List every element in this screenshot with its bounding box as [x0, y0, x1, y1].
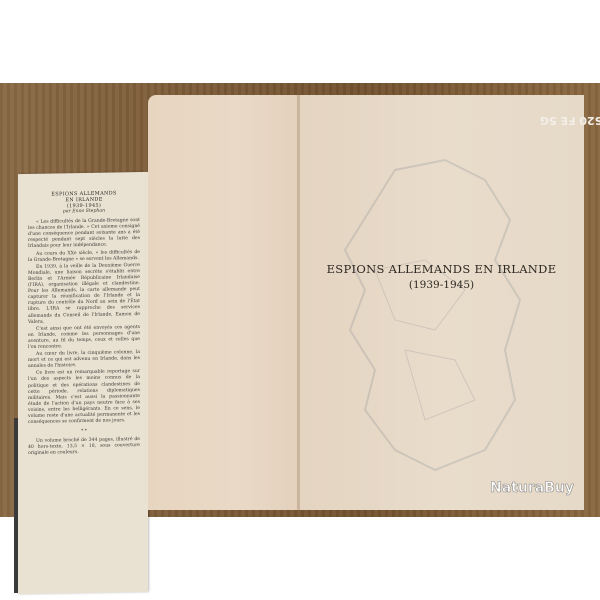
ireland-map-art	[335, 150, 535, 480]
flap-footer: Un volume broché de 344 pages, illustré …	[28, 437, 140, 457]
left-page-blank	[148, 95, 298, 510]
naturabuy-watermark: NaturaBuy	[490, 480, 574, 496]
flap-byline: par Enno Stephan	[28, 208, 140, 216]
book-gutter	[297, 95, 300, 510]
flap-paragraph: « Les difficultés de la Grande-Bretagne …	[28, 218, 140, 250]
book-dates: (1939-1945)	[299, 279, 584, 291]
camera-watermark: S20 FE 5G	[540, 114, 600, 127]
flap-paragraph: Au cœur du livre, la cinquième colonne, …	[28, 350, 140, 370]
flap-paragraph: En 1939, à la veille de la Deuxième Guer…	[28, 263, 140, 326]
flap-paragraph: Au cours du XXe siècle, « les difficulté…	[28, 250, 140, 264]
flap-paragraph: C'est ainsi que ont été envoyés ces agen…	[28, 325, 140, 351]
flap-paragraph: Ce livre est un remarquable reportage su…	[28, 369, 140, 426]
flap-separator: * *	[28, 428, 140, 436]
dust-jacket-flap: ESPIONS ALLEMANDS EN IRLANDE (1939-1945)…	[18, 172, 148, 594]
flap-text: ESPIONS ALLEMANDS EN IRLANDE (1939-1945)…	[28, 190, 140, 459]
book-title: ESPIONS ALLEMANDS EN IRLANDE	[299, 262, 584, 276]
